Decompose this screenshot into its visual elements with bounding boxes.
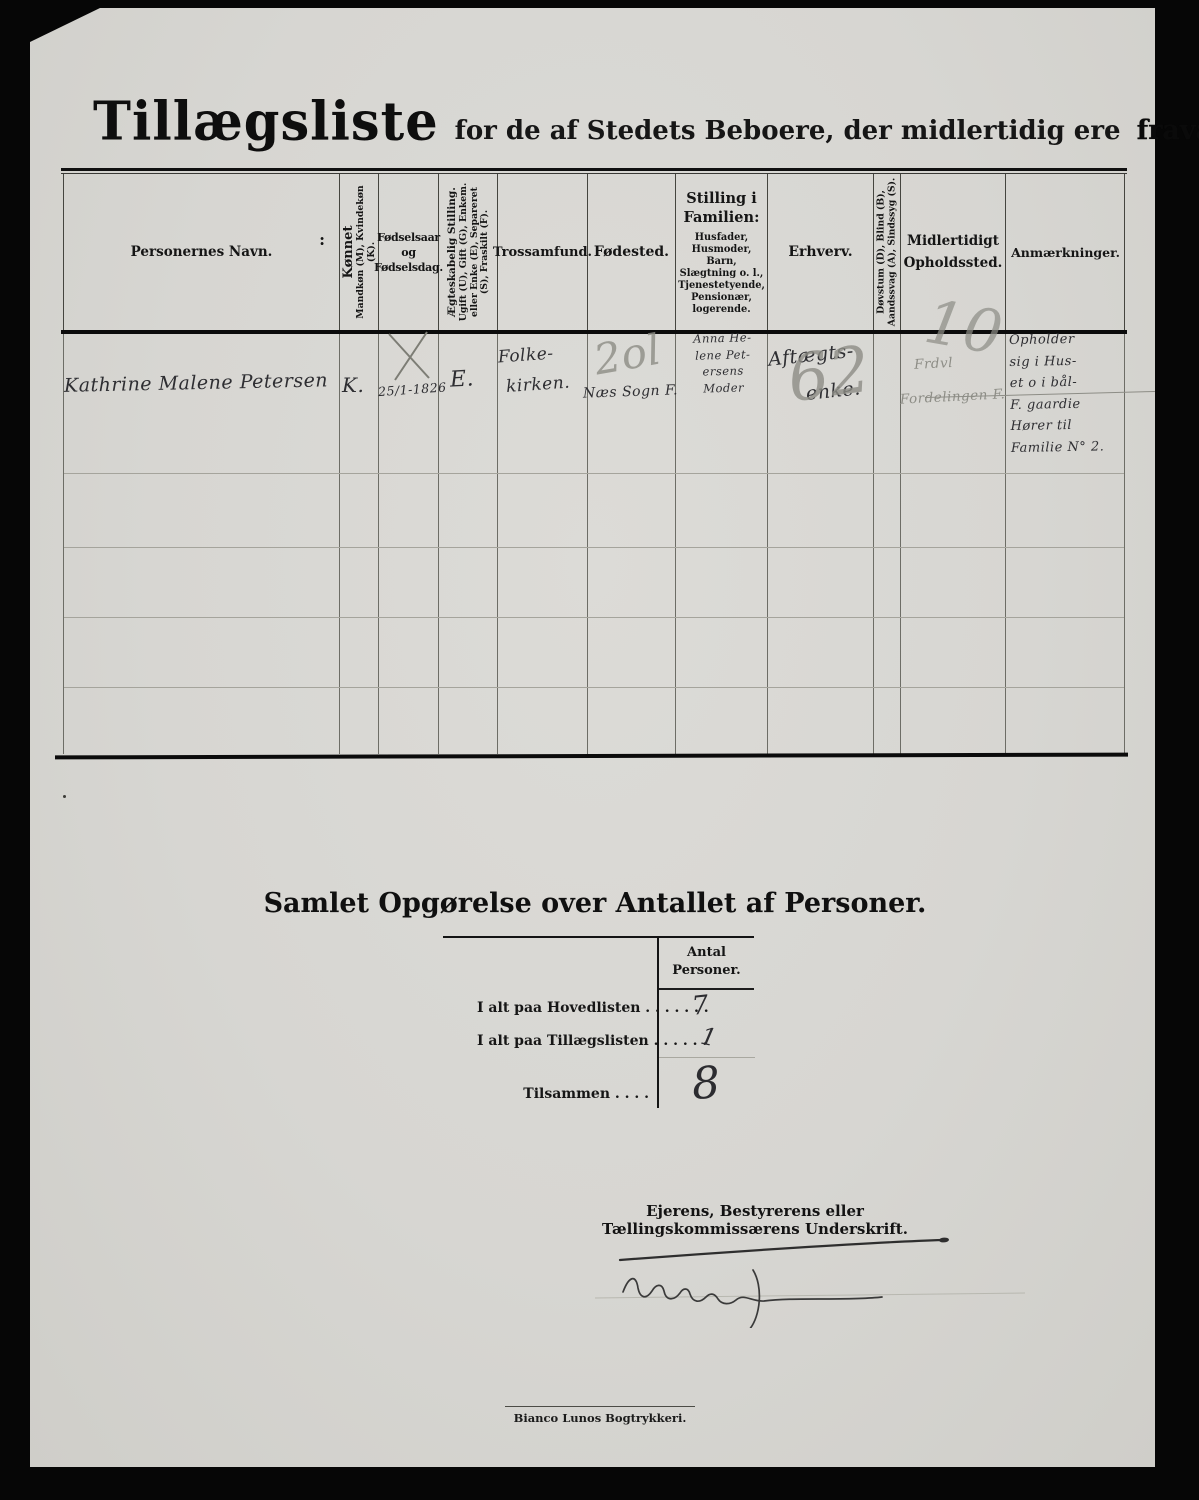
pencil-x-mark (383, 330, 437, 382)
col-header-text: Fødested. (594, 244, 669, 260)
census-table: Personernes Navn. : Kønnet Mandkøn (M), … (63, 168, 1125, 758)
col-header-foedested: Fødested. (588, 174, 676, 330)
printer-imprint: Bianco Lunos Bogtrykkeri. (495, 1411, 705, 1425)
summary-value-tilsammen: 8 (690, 1057, 721, 1110)
vertical-text: Ægteskabelig Stilling. Ugift (U), Gift (… (446, 177, 491, 327)
body-col (64, 334, 340, 754)
entry-marital-handwriting: E. (449, 366, 474, 392)
navn-colon-mark: : (319, 230, 325, 249)
col-header-text: Trossamfund. (493, 245, 592, 260)
religion-line: kirken. (505, 368, 571, 402)
col-header-aegteskabelig-stilling: Ægteskabelig Stilling. Ugift (U), Gift (… (439, 174, 498, 330)
summary-heading: Samlet Opgørelse over Antallet af Person… (250, 888, 940, 919)
row-divider (64, 617, 1124, 618)
col-header-text: Stilling i Familien: (678, 189, 765, 227)
col-header-subtext: Husfader, Husmoder, Barn, Slægtning o. l… (678, 232, 765, 316)
vertical-text: Døvstum (D), Blind (B), Aandssvag (A), S… (877, 177, 898, 327)
col-header-text: Midlertidigt Opholdssted. (903, 230, 1003, 274)
body-col (874, 334, 901, 754)
title-subtitle: for de af Stedets Beboere, der midlertid… (455, 116, 1121, 146)
col-header-anmaerkninger: Anmærkninger. (1006, 174, 1125, 330)
row-divider (64, 473, 1124, 474)
col-header-doevstum: Døvstum (D), Blind (B), Aandssvag (A), S… (874, 174, 901, 330)
entry-sex-handwriting: K. (342, 373, 364, 397)
pencil-scribble: 62 (783, 333, 875, 418)
stilling-header-block: Stilling i Familien: Husfader, Husmoder,… (678, 189, 765, 316)
title-main: Tillægsliste (93, 91, 439, 153)
col-header-trossamfund: Trossamfund. (498, 174, 588, 330)
vertical-text: Kønnet Mandkøn (M), Kvindekøn (K). (341, 177, 377, 327)
row-divider (64, 687, 1124, 688)
col-header-text: Fødselsaar og Fødselsdag. (374, 230, 443, 275)
summary-col-header: Antal Personer. (659, 944, 754, 980)
col-header-personernes-navn: Personernes Navn. : (64, 174, 340, 330)
remarks-line: sig i Hus- (1009, 349, 1127, 373)
pencil-scribble: 10 (920, 287, 1008, 369)
summary-row-tillaegslisten: I alt paa Tillægslisten . . . . . . (477, 1033, 707, 1049)
row-divider (64, 547, 1124, 548)
entry-birthplace-handwriting: Næs Sogn F. (583, 382, 678, 401)
body-col (340, 334, 379, 754)
table-top-rule-thick (61, 168, 1127, 171)
page-title: Tillægsliste for de af Stedets Beboere, … (93, 92, 1103, 152)
remarks-line: Familie N° 2. (1011, 435, 1129, 459)
printer-rule (505, 1406, 695, 1407)
col-header-text: Kønnet (341, 177, 356, 327)
summary-row-hovedlisten: I alt paa Hovedlisten . . . . . . . (477, 1000, 709, 1016)
summary-value-hovedlisten: 7 (690, 990, 710, 1022)
remarks-line: Opholder (1009, 328, 1127, 352)
remarks-line: F. gaardie (1010, 392, 1128, 416)
col-header-text: Anmærkninger. (1011, 245, 1120, 260)
col-header-text: Personernes Navn. (131, 244, 273, 260)
entry-family-position-handwriting: Anna He- lene Pet- ersens Moder (676, 329, 770, 397)
body-col (439, 334, 498, 754)
remarks-line: et o i bål- (1010, 371, 1128, 395)
ink-dot (63, 795, 66, 798)
signature-handwriting (585, 1228, 1045, 1328)
col-header-subtext: Ugift (U), Gift (G), Enkem. eller Enke (… (459, 177, 491, 327)
col-header-erhverv: Erhverv. (768, 174, 874, 330)
col-header-foedselsaar: Fødselsaar og Fødselsdag. (379, 174, 439, 330)
col-header-stilling-i-familien: Stilling i Familien: Husfader, Husmoder,… (676, 174, 768, 330)
col-header-text: Erhverv. (788, 244, 852, 260)
summary-row-tilsammen: Tilsammen . . . . (477, 1086, 649, 1102)
body-col (676, 334, 768, 754)
religion-line: Folke- (497, 338, 569, 373)
title-emphasis: fraværende. (1137, 115, 1199, 146)
col-header-text: Døvstum (D), Blind (B), Aandssvag (A), S… (877, 177, 898, 327)
summary-top-rule (443, 936, 754, 938)
remarks-line: Hører til (1010, 414, 1128, 438)
entry-religion-handwriting: Folke- kirken. (497, 338, 571, 403)
family-line: Moder (677, 378, 769, 397)
scanned-census-page: Tillægsliste for de af Stedets Beboere, … (0, 0, 1199, 1500)
